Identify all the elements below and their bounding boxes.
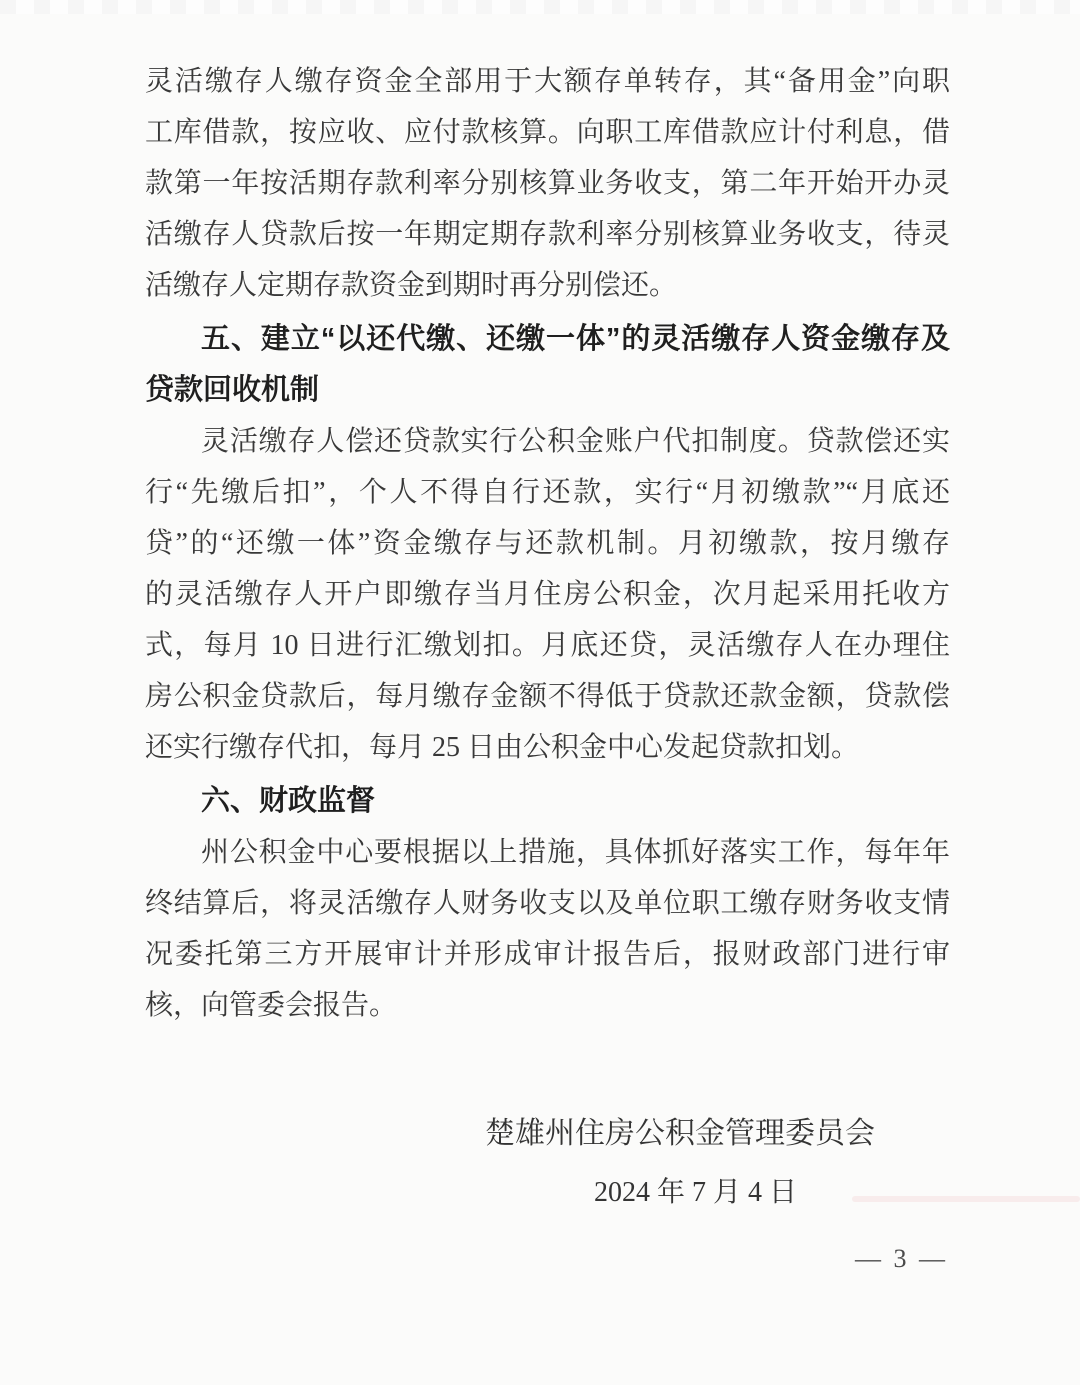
section-5-heading: 五、建立“以还代缴、还缴一体”的灵活缴存人资金缴存及贷款回收机制 xyxy=(145,314,950,416)
section-heading-line: 六、财政监督 xyxy=(145,776,950,827)
text-line: 灵活缴存人偿还贷款实行公积金账户代扣制度。贷款偿还实 xyxy=(145,416,950,467)
document-content: 灵活缴存人缴存资金全部用于大额存单转存，其“备用金”向职工库借款，按应收、应付款… xyxy=(145,56,950,1274)
text-line: 还实行缴存代扣，每月 25 日由公积金中心发起贷款扣划。 xyxy=(145,722,950,773)
text-line: 款第一年按活期存款利率分别核算业务收支，第二年开始开办灵 xyxy=(145,158,950,209)
text-line: 核，向管委会报告。 xyxy=(145,980,950,1031)
signature-organization: 楚雄州住房公积金管理委员会 xyxy=(145,1108,950,1159)
text-line: 的灵活缴存人开户即缴存当月住房公积金，次月起采用托收方 xyxy=(145,569,950,620)
text-line: 工库借款，按应收、应付款核算。向职工库借款应计付利息，借 xyxy=(145,107,950,158)
text-line: 灵活缴存人缴存资金全部用于大额存单转存，其“备用金”向职 xyxy=(145,56,950,107)
signature-date: 2024 年 7 月 4 日 xyxy=(145,1167,950,1218)
section-6-heading: 六、财政监督 xyxy=(145,776,950,827)
text-line: 州公积金中心要根据以上措施，具体抓好落实工作，每年年 xyxy=(145,827,950,878)
para-section-5-repayment-mechanism: 灵活缴存人偿还贷款实行公积金账户代扣制度。贷款偿还实行“先缴后扣”，个人不得自行… xyxy=(145,416,950,773)
scan-banding-artifact xyxy=(0,0,1080,14)
text-line: 况委托第三方开展审计并形成审计报告后，报财政部门进行审 xyxy=(145,929,950,980)
text-line: 终结算后，将灵活缴存人财务收支以及单位职工缴存财务收支情 xyxy=(145,878,950,929)
text-line: 房公积金贷款后，每月缴存金额不得低于贷款还款金额，贷款偿 xyxy=(145,671,950,722)
section-heading-line: 贷款回收机制 xyxy=(145,365,950,416)
section-heading-line: 五、建立“以还代缴、还缴一体”的灵活缴存人资金缴存及 xyxy=(145,314,950,365)
text-line: 行“先缴后扣”，个人不得自行还款，实行“月初缴款”“月底还 xyxy=(145,467,950,518)
para-section-6-fiscal-supervision: 州公积金中心要根据以上措施，具体抓好落实工作，每年年终结算后，将灵活缴存人财务收… xyxy=(145,827,950,1031)
text-line: 活缴存人贷款后按一年期定期存款利率分别核算业务收支，待灵 xyxy=(145,209,950,260)
document-page: 灵活缴存人缴存资金全部用于大额存单转存，其“备用金”向职工库借款，按应收、应付款… xyxy=(0,0,1080,1385)
text-line: 式，每月 10 日进行汇缴划扣。月底还贷，灵活缴存人在办理住 xyxy=(145,620,950,671)
text-line: 贷”的“还缴一体”资金缴存与还款机制。月初缴款，按月缴存 xyxy=(145,518,950,569)
page-number: — 3 — xyxy=(145,1244,950,1274)
document-body: 灵活缴存人缴存资金全部用于大额存单转存，其“备用金”向职工库借款，按应收、应付款… xyxy=(145,56,950,1031)
text-line: 活缴存人定期存款资金到期时再分别偿还。 xyxy=(145,260,950,311)
para-continuation-funds-usage: 灵活缴存人缴存资金全部用于大额存单转存，其“备用金”向职工库借款，按应收、应付款… xyxy=(145,56,950,311)
